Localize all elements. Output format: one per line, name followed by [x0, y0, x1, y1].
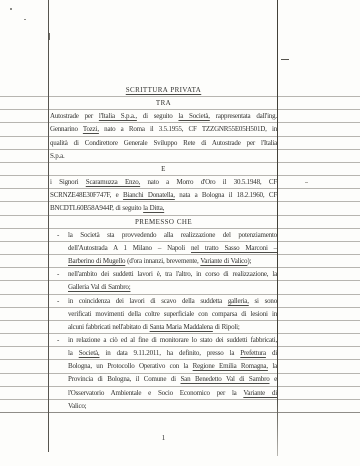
- text-segment: nato a Morro d'Oro il 30.5.1948, CF: [140, 178, 277, 186]
- document-line: SCRITTURA PRIVATA: [50, 84, 277, 97]
- document-line: -in relazione a ciò ed al fine di monito…: [50, 334, 277, 347]
- underlined-text: Prefettura: [240, 349, 266, 357]
- scan-speck: [305, 182, 308, 183]
- scanned-document-page: SCRITTURA PRIVATATRAAutostrade per l'Ita…: [0, 0, 360, 466]
- underlined-text: Tozzi,: [83, 125, 99, 133]
- document-line: alcuni fabbricati nell'abitato di Santa …: [50, 321, 277, 334]
- underlined-text: la Società,: [178, 112, 209, 120]
- document-line: BNCDTL60B58A944P, di seguito la Ditta,: [50, 202, 277, 215]
- text-segment: e: [270, 375, 277, 383]
- underlined-text: Società,: [79, 349, 100, 357]
- text-segment: Valico;: [68, 402, 86, 410]
- document-line: la Società, in data 9.11.2011, ha defini…: [50, 347, 277, 360]
- text-segment: nata a Bologna il 18.2.1960, CF: [175, 191, 277, 199]
- scan-speck: [281, 59, 289, 60]
- document-lines: SCRITTURA PRIVATATRAAutostrade per l'Ita…: [50, 84, 277, 413]
- document-line: Valico;: [50, 400, 277, 413]
- document-line: Barberino di Mugello (d'ora innanzi, bre…: [50, 255, 277, 268]
- underlined-text: l'Italia S.p.a.,: [99, 112, 137, 120]
- text-segment: E: [161, 165, 166, 173]
- document-line: SCRNZE48E30F747F, e Bianchi Donatella, n…: [50, 189, 277, 202]
- text-segment: rappresentata dall'ing.: [210, 112, 277, 120]
- document-line: -nell'ambito dei suddetti lavori è, tra …: [50, 268, 277, 281]
- text-segment: i Signori: [50, 178, 86, 186]
- scan-speck: [24, 19, 26, 20]
- underlined-text: San Benedetto Val di Sambro: [180, 375, 269, 383]
- underlined-text: Bianchi Donatella,: [123, 191, 175, 199]
- underlined-text: SCRITTURA PRIVATA: [126, 86, 201, 94]
- scan-speck: [49, 33, 50, 40]
- document-line: dell'Autostrada A 1 Milano – Napoli nel …: [50, 242, 277, 255]
- text-segment: in relazione a ciò ed al fine di monitor…: [68, 336, 277, 344]
- underlined-text: galleria,: [228, 297, 249, 305]
- underlined-text: la Ditta,: [143, 204, 164, 212]
- text-segment: PREMESSO CHE: [135, 218, 192, 226]
- page-number: 1: [50, 433, 277, 442]
- text-segment: dell'Autostrada A 1 Milano – Napoli: [68, 244, 191, 252]
- underlined-text: Variante di Valico: [200, 257, 247, 265]
- document-line: Autostrade per l'Italia S.p.a., di segui…: [50, 110, 277, 123]
- scan-speck: [10, 8, 12, 10]
- underlined-text: Barberino di Mugello: [68, 257, 125, 265]
- left-margin-line: [48, 0, 49, 452]
- text-segment: SCRNZE48E30F747F, e: [50, 191, 123, 199]
- text-segment: qualità di Condirettore Generale Svilupp…: [50, 139, 277, 147]
- document-line: -la Società sta provvedendo alla realizz…: [50, 229, 277, 242]
- underlined-text: nel tratto Sasso Marconi –: [191, 244, 277, 252]
- text-segment: Gennarino: [50, 125, 83, 133]
- bullet-dash: -: [57, 268, 59, 281]
- text-segment: Bologna, un Protocollo Operativo con la: [68, 362, 193, 370]
- text-segment: alcuni fabbricati nell'abitato di: [68, 323, 150, 331]
- text-segment: la: [68, 349, 79, 357]
- bullet-dash: -: [57, 295, 59, 308]
- document-line: verificati movimenti della coltre superf…: [50, 308, 277, 321]
- document-line: i Signori Scaramuzza Enzo, nato a Morro …: [50, 176, 277, 189]
- text-segment: di seguito: [137, 112, 179, 120]
- document-line: Gennarino Tozzi, nato a Roma il 3.5.1955…: [50, 123, 277, 136]
- document-line: Galleria Val di Sambro;: [50, 281, 277, 294]
- document-line: -in coincidenza dei lavori di scavo dell…: [50, 295, 277, 308]
- bullet-dash: -: [57, 229, 59, 242]
- text-segment: );: [247, 257, 251, 265]
- text-segment: TRA: [156, 99, 171, 107]
- document-line: l'Osservatorio Ambientale e Socio Econom…: [50, 387, 277, 400]
- text-segment: in coincidenza dei lavori di scavo della…: [68, 297, 228, 305]
- document-line: qualità di Condirettore Generale Svilupp…: [50, 137, 277, 150]
- underlined-text: Variante di: [243, 389, 277, 397]
- document-line: S.p.a.: [50, 150, 277, 163]
- underlined-text: Scaramuzza Enzo,: [86, 178, 140, 186]
- text-segment: nato a Roma il 3.5.1955, CF TZZGNR55E05H…: [99, 125, 277, 133]
- underlined-text: Regione Emilia Romagna,: [193, 362, 268, 370]
- text-segment: BNCDTL60B58A944P, di seguito: [50, 204, 143, 212]
- underlined-text: Galleria Val di Sambro;: [68, 283, 130, 291]
- document-line: Provincia di Bologna, il Comune di San B…: [50, 373, 277, 386]
- text-segment: di Ripoli;: [213, 323, 240, 331]
- text-segment: si sono: [249, 297, 277, 305]
- text-segment: l'Osservatorio Ambientale e Socio Econom…: [68, 389, 243, 397]
- text-segment: in data 9.11.2011, ha definito, presso l…: [99, 349, 240, 357]
- text-segment: la Società sta provvedendo alla realizza…: [68, 231, 277, 239]
- text-segment: verificati movimenti della coltre superf…: [68, 310, 277, 318]
- text-segment: Autostrade per: [50, 112, 99, 120]
- text-segment: Provincia di Bologna, il Comune di: [68, 375, 180, 383]
- document-line: TRA: [50, 97, 277, 110]
- document-line: PREMESSO CHE: [50, 216, 277, 229]
- text-segment: la: [268, 362, 277, 370]
- bullet-dash: -: [57, 334, 59, 347]
- text-segment: S.p.a.: [50, 152, 65, 160]
- text-segment: (d'ora innanzi, brevemente,: [125, 257, 200, 265]
- text-segment: nell'ambito dei suddetti lavori è, tra l…: [68, 270, 277, 278]
- right-margin-line: [277, 0, 278, 456]
- text-segment: di: [266, 349, 277, 357]
- document-line: E: [50, 163, 277, 176]
- underlined-text: Santa Maria Maddalena: [150, 323, 213, 331]
- document-line: Bologna, un Protocollo Operativo con la …: [50, 360, 277, 373]
